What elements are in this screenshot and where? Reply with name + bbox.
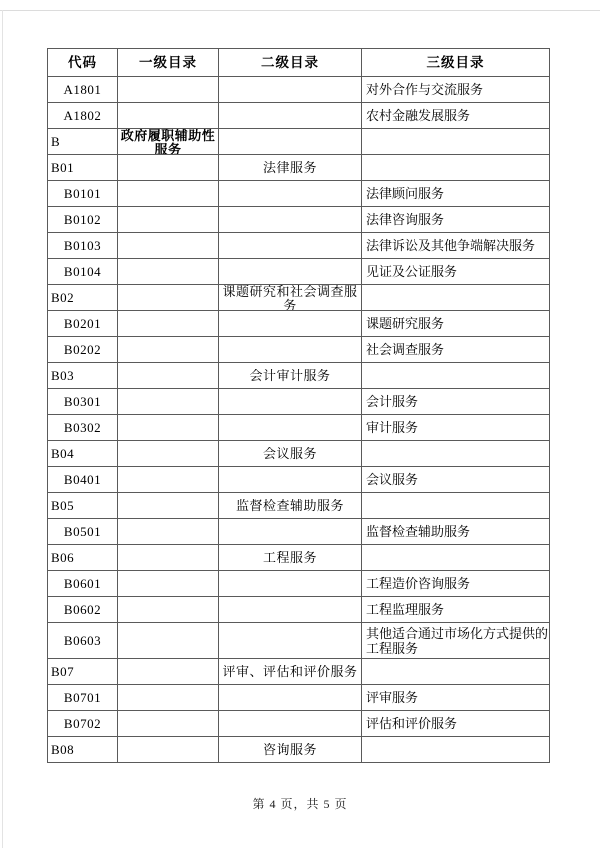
- table-row: B0501 监督检查辅助服务: [48, 519, 550, 545]
- document-page: 代码 一级目录 二级目录 三级目录 A1801 对外合作与交流服务 A1802 …: [0, 0, 600, 848]
- cell-code: A1801: [48, 77, 118, 103]
- table-row: B01 法律服务: [48, 155, 550, 181]
- cell-level2-catalog: 监督检查辅助服务: [219, 493, 362, 519]
- table-row: B0702 评估和评价服务: [48, 711, 550, 737]
- cell-level2-catalog: 课题研究和社会调查服务: [219, 285, 362, 311]
- cell-level1-catalog: [118, 597, 219, 623]
- cell-level3-catalog: [362, 737, 550, 763]
- cell-level3-catalog: [362, 155, 550, 181]
- cell-level3-catalog: 农村金融发展服务: [362, 103, 550, 129]
- cell-level3-catalog: 工程造价咨询服务: [362, 571, 550, 597]
- table-row: B03 会计审计服务: [48, 363, 550, 389]
- cell-level3-catalog: 课题研究服务: [362, 311, 550, 337]
- cell-code: B0603: [48, 623, 118, 659]
- cell-level3-catalog: 其他适合通过市场化方式提供的工程服务: [362, 623, 550, 659]
- cell-level3-catalog: 会计服务: [362, 389, 550, 415]
- cell-level1-catalog: [118, 519, 219, 545]
- cell-code: B04: [48, 441, 118, 467]
- cell-level1-catalog: [118, 737, 219, 763]
- cell-level1-catalog: [118, 545, 219, 571]
- cell-level3-catalog: [362, 363, 550, 389]
- header-code: 代码: [48, 49, 118, 77]
- cell-level2-catalog: 评审、评估和评价服务: [219, 659, 362, 685]
- table-row: B0201 课题研究服务: [48, 311, 550, 337]
- cell-level3-catalog: [362, 285, 550, 311]
- cell-level3-catalog: 审计服务: [362, 415, 550, 441]
- cell-level2-catalog: [219, 389, 362, 415]
- table-row: B06 工程服务: [48, 545, 550, 571]
- cell-code: B05: [48, 493, 118, 519]
- cell-code: B0401: [48, 467, 118, 493]
- cell-level1-catalog: [118, 233, 219, 259]
- cell-code: B0302: [48, 415, 118, 441]
- cell-level3-catalog: [362, 441, 550, 467]
- table-row: B0701 评审服务: [48, 685, 550, 711]
- cell-level1-catalog: [118, 711, 219, 737]
- table-row: B0101 法律顾问服务: [48, 181, 550, 207]
- table-row: B 政府履职辅助性服务: [48, 129, 550, 155]
- cell-level2-catalog: [219, 233, 362, 259]
- cell-level2-catalog: [219, 685, 362, 711]
- cell-code: B0602: [48, 597, 118, 623]
- table-row: B08 咨询服务: [48, 737, 550, 763]
- cell-level1-catalog: [118, 285, 219, 311]
- page-number-footer: 第 4 页，共 5 页: [0, 795, 600, 812]
- service-catalog-table: 代码 一级目录 二级目录 三级目录 A1801 对外合作与交流服务 A1802 …: [47, 48, 550, 763]
- cell-code: B0201: [48, 311, 118, 337]
- cell-code: B01: [48, 155, 118, 181]
- cell-level1-catalog: [118, 337, 219, 363]
- cell-level1-catalog: [118, 363, 219, 389]
- cell-level3-catalog: 会议服务: [362, 467, 550, 493]
- cell-code: B06: [48, 545, 118, 571]
- cell-code: B: [48, 129, 118, 155]
- cell-code: B03: [48, 363, 118, 389]
- cell-level2-catalog: [219, 181, 362, 207]
- cell-level1-catalog: [118, 259, 219, 285]
- cell-level1-catalog: [118, 571, 219, 597]
- cell-level1-catalog: [118, 493, 219, 519]
- cell-code: B0301: [48, 389, 118, 415]
- cell-level1-catalog: [118, 181, 219, 207]
- cell-code: B0701: [48, 685, 118, 711]
- cell-level3-catalog: 评估和评价服务: [362, 711, 550, 737]
- cell-level1-catalog: [118, 77, 219, 103]
- cell-level3-catalog: [362, 493, 550, 519]
- cell-level3-catalog: [362, 545, 550, 571]
- cell-level3-catalog: 评审服务: [362, 685, 550, 711]
- table-row: B0602 工程监理服务: [48, 597, 550, 623]
- cell-level3-catalog: 见证及公证服务: [362, 259, 550, 285]
- header-level3-catalog: 三级目录: [362, 49, 550, 77]
- cell-level1-catalog: [118, 311, 219, 337]
- cell-level2-catalog: 咨询服务: [219, 737, 362, 763]
- cell-level2-catalog: [219, 519, 362, 545]
- cell-level1-catalog: [118, 467, 219, 493]
- cell-level3-catalog: [362, 659, 550, 685]
- cell-level2-catalog: [219, 311, 362, 337]
- cell-code: B0202: [48, 337, 118, 363]
- page-edge-top-line: [0, 10, 600, 11]
- table-header-row: 代码 一级目录 二级目录 三级目录: [48, 49, 550, 77]
- cell-level2-catalog: [219, 103, 362, 129]
- cell-level2-catalog: [219, 597, 362, 623]
- cell-code: B0702: [48, 711, 118, 737]
- cell-code: B07: [48, 659, 118, 685]
- cell-level1-catalog: [118, 623, 219, 659]
- table-row: B0401 会议服务: [48, 467, 550, 493]
- cell-code: B0104: [48, 259, 118, 285]
- cell-level3-catalog: 法律诉讼及其他争端解决服务: [362, 233, 550, 259]
- table-row: A1801 对外合作与交流服务: [48, 77, 550, 103]
- cell-code: B0102: [48, 207, 118, 233]
- table-row: B05 监督检查辅助服务: [48, 493, 550, 519]
- table-row: B0104 见证及公证服务: [48, 259, 550, 285]
- cell-level1-catalog: 政府履职辅助性服务: [118, 129, 219, 155]
- cell-code: B0101: [48, 181, 118, 207]
- cell-level1-catalog: [118, 659, 219, 685]
- table-row: B0102 法律咨询服务: [48, 207, 550, 233]
- cell-level2-catalog: 会议服务: [219, 441, 362, 467]
- cell-level1-catalog: [118, 207, 219, 233]
- table-row: B0202 社会调查服务: [48, 337, 550, 363]
- cell-level2-catalog: 法律服务: [219, 155, 362, 181]
- cell-level2-catalog: [219, 571, 362, 597]
- table-row: B02 课题研究和社会调查服务: [48, 285, 550, 311]
- cell-level3-catalog: 社会调查服务: [362, 337, 550, 363]
- table-row: B0603 其他适合通过市场化方式提供的工程服务: [48, 623, 550, 659]
- table-row: B07 评审、评估和评价服务: [48, 659, 550, 685]
- cell-level3-catalog: 法律顾问服务: [362, 181, 550, 207]
- cell-level2-catalog: [219, 467, 362, 493]
- cell-level2-catalog: [219, 337, 362, 363]
- table-row: B0302 审计服务: [48, 415, 550, 441]
- cell-code: B0103: [48, 233, 118, 259]
- cell-level3-catalog: 对外合作与交流服务: [362, 77, 550, 103]
- cell-level2-catalog: [219, 711, 362, 737]
- cell-code: B0601: [48, 571, 118, 597]
- cell-code: B02: [48, 285, 118, 311]
- cell-level3-catalog: 法律咨询服务: [362, 207, 550, 233]
- cell-level2-catalog: 工程服务: [219, 545, 362, 571]
- cell-level2-catalog: [219, 77, 362, 103]
- cell-code: B08: [48, 737, 118, 763]
- page-edge-left-line: [2, 10, 3, 848]
- cell-level2-catalog: [219, 207, 362, 233]
- header-level1-catalog: 一级目录: [118, 49, 219, 77]
- cell-level1-catalog: [118, 103, 219, 129]
- cell-level3-catalog: 工程监理服务: [362, 597, 550, 623]
- header-level2-catalog: 二级目录: [219, 49, 362, 77]
- cell-level2-catalog: [219, 623, 362, 659]
- table-row: B0301 会计服务: [48, 389, 550, 415]
- cell-level3-catalog: 监督检查辅助服务: [362, 519, 550, 545]
- cell-level2-catalog: [219, 415, 362, 441]
- table-row: B04 会议服务: [48, 441, 550, 467]
- cell-level3-catalog: [362, 129, 550, 155]
- cell-level1-catalog: [118, 415, 219, 441]
- table-row: B0103 法律诉讼及其他争端解决服务: [48, 233, 550, 259]
- table-row: A1802 农村金融发展服务: [48, 103, 550, 129]
- table-body: A1801 对外合作与交流服务 A1802 农村金融发展服务 B 政府履职辅助性…: [48, 77, 550, 763]
- cell-level2-catalog: 会计审计服务: [219, 363, 362, 389]
- cell-code: A1802: [48, 103, 118, 129]
- cell-level1-catalog: [118, 155, 219, 181]
- cell-level2-catalog: [219, 259, 362, 285]
- cell-level2-catalog: [219, 129, 362, 155]
- cell-code: B0501: [48, 519, 118, 545]
- cell-level1-catalog: [118, 441, 219, 467]
- table-row: B0601 工程造价咨询服务: [48, 571, 550, 597]
- cell-level1-catalog: [118, 389, 219, 415]
- cell-level1-catalog: [118, 685, 219, 711]
